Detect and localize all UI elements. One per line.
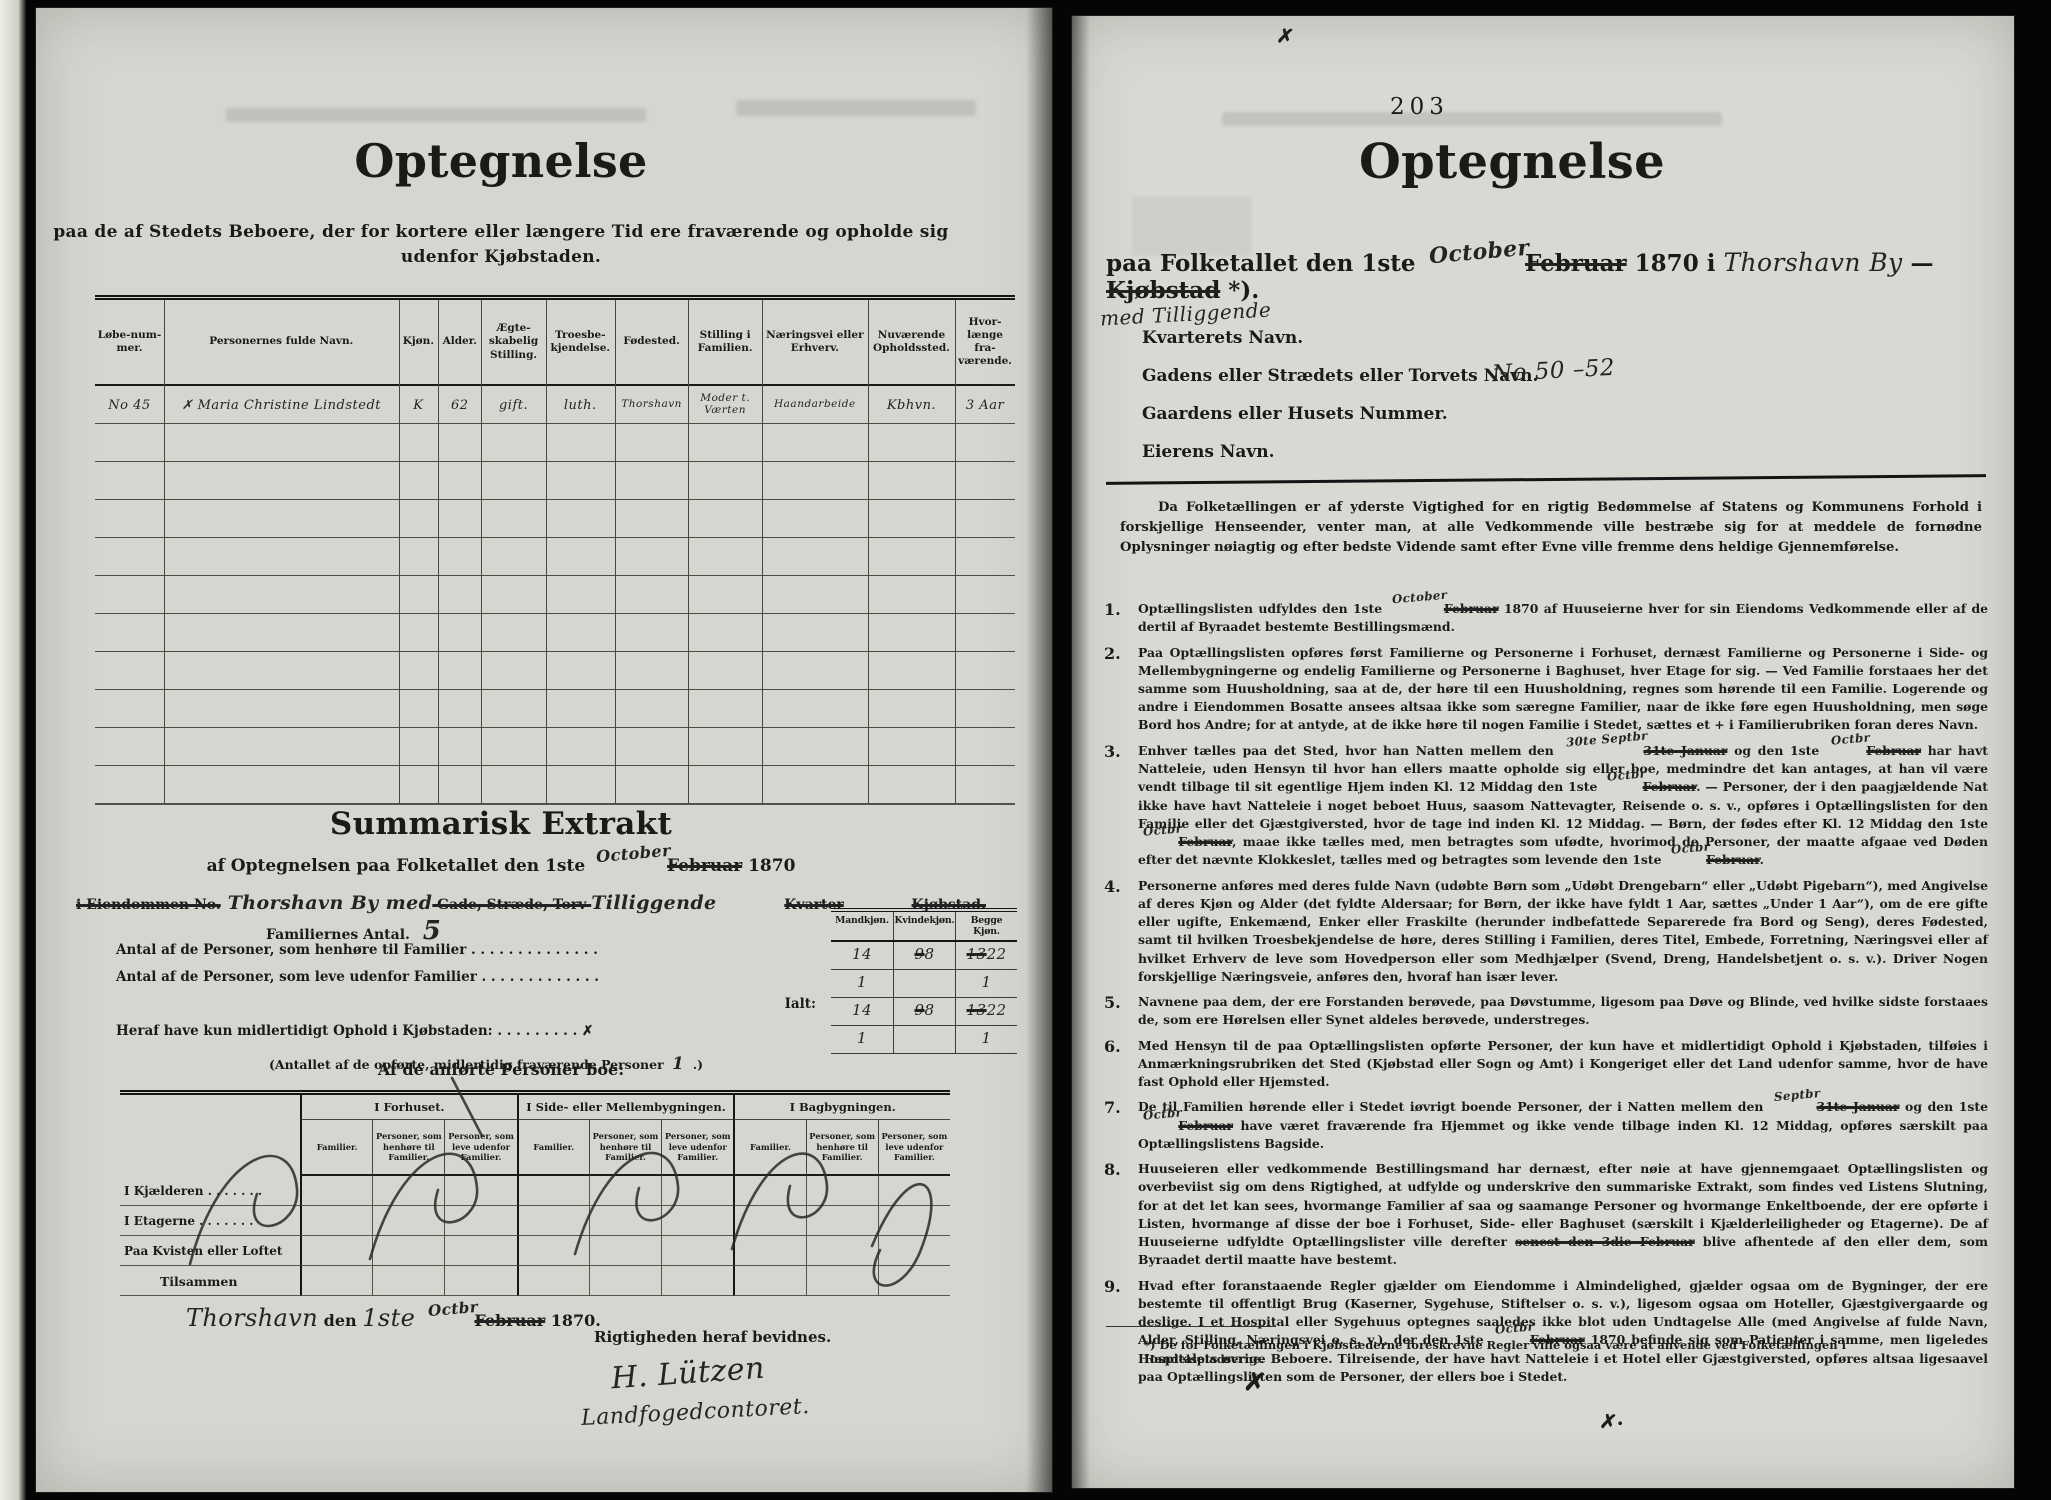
bleedthrough-smudge [736,100,976,116]
summary-value [893,1026,955,1053]
left-page-title: Optegnelse [36,134,966,188]
instructions-list: 1. Optællingslisten udfyldes den 1ste Oc… [1104,600,1988,1393]
struck-text: Kjøbstad [1106,277,1220,304]
column-divider [688,300,689,804]
item-text: Enhver tælles paa det Sted, hvor han Nat… [1138,742,1988,870]
item-text: Optællingslisten udfyldes den 1ste Octob… [1138,600,1988,637]
dwelling-cell [372,1266,444,1296]
handwritten-text: 1 [857,973,867,991]
item-number: 6. [1104,1037,1138,1092]
item-text: Paa Optællingslisten opføres først Famil… [1138,644,1988,735]
summary-row-outside-families: 1 1 [831,970,1017,998]
book-edge [0,0,26,1500]
dwelling-cell [372,1206,444,1236]
entry-number: No 45 [95,386,164,424]
printed-text: Med Hensyn til de paa Optællingslisten o… [1138,1038,1988,1089]
item-number: 5. [1104,993,1138,1029]
street-name-label: Gadens eller Strædets eller Torvets Navn… [1142,366,1538,386]
subtitle-line-2: udenfor Kjøbstaden. [36,245,966,270]
printed-text: Optællingslisten udfyldes den 1ste [1138,601,1387,616]
item-text: Med Hensyn til de paa Optællingslisten o… [1138,1037,1988,1092]
handwritten-text: 1ste [362,1304,423,1332]
printed-text: , maae ikke tælles med, men betragtes so… [1138,834,1988,867]
printed-text: og den 1ste [1899,1099,1988,1114]
item-number: 1. [1104,600,1138,637]
item-text: Huuseieren eller vedkommende Bestillings… [1138,1160,1988,1269]
entry-birthplace: Thorshavn [615,386,689,424]
pen-mark: ✗· [1598,1408,1625,1435]
footnote: *) De for Folketællingen i Kjøbstæderne … [1144,1338,1954,1366]
struck-text: i Eiendommen No. [76,897,221,913]
dwelling-cell [878,1176,950,1206]
col-header-birthplace: Fødested. [615,300,689,384]
entry-faith: luth. [546,386,615,424]
dwelling-cell [517,1206,589,1236]
dwelling-corner-cell [120,1095,300,1120]
handwritten-text: 8 [925,945,935,963]
struck-text: Februar [1643,779,1697,794]
dwelling-cell [444,1206,516,1236]
item-text: De til Familien hørende eller i Stedet i… [1138,1098,1988,1153]
sub-header-outside-families: Personer, som leve udenfor Familier. [444,1120,516,1176]
handwritten-text: 8 [925,1001,935,1019]
extract-subtitle: af Optegnelsen paa Folketallet den 1ste … [36,856,966,876]
dwelling-cell [733,1206,805,1236]
subtitle-line-1: paa de af Stedets Beboere, der for korte… [36,220,966,245]
summary-row-temporary: 1 1 [831,1026,1017,1054]
sub-header-in-families: Personer, som henhøre til Familier. [806,1120,878,1176]
extract-title: Summarisk Extrakt [36,806,966,842]
right-page-title: Optegnelse [1072,134,1952,190]
sub-header-in-families: Personer, som henhøre til Familier. [372,1120,444,1176]
table-row: No 45 ✗ Maria Christine Lindstedt K 62 g… [95,386,1015,424]
summary-value [893,970,955,997]
summary-grid-header: Mandkjøn. Kvindekjøn. Begge Kjøn. [831,908,1017,942]
struck-text: senest den 3die Februar [1515,1234,1694,1249]
left-page: Optegnelse paa de af Stedets Beboere, de… [36,8,1052,1492]
item-number: 4. [1104,877,1138,986]
dwelling-cell [806,1176,878,1206]
col-header-absence: Hvor-længe fra-værende. [955,300,1015,384]
dateline: Thorshavn den 1ste OctbrFebruar 1870. [186,1304,601,1332]
handwritten-text: 1 [857,1029,867,1047]
summary-label-total: Ialt: [676,996,816,1012]
summary-col-both: Begge Kjøn. [955,912,1017,940]
printed-text: Paa Optællingslisten opføres først Famil… [1138,645,1988,733]
summary-value: 14 [831,998,893,1025]
struck-text: Februar [1178,1118,1233,1133]
handwritten-text: 14 [852,1001,872,1019]
absentees-table: Løbe-num-mer. Personernes fulde Navn. Kj… [95,295,1015,805]
printed-text: — [1903,250,1934,277]
struck-text: 31te Januar [1816,1099,1899,1114]
instruction-item-9: 9. Hvad efter foranstaaende Regler gjæld… [1104,1277,1988,1386]
printed-text: have været fraværende fra Hjemmet og ikk… [1138,1118,1988,1151]
column-divider [615,300,616,804]
group-header-back-building: I Bagbygningen. [733,1095,950,1120]
dwelling-corner-cell [120,1120,300,1176]
column-divider [546,300,547,804]
item-number: 3. [1104,742,1138,870]
handwritten-text: October [595,841,671,866]
col-header-marital: Ægte-skabelig Stilling. [481,300,545,384]
group-header-front-house: I Forhuset. [300,1095,517,1120]
item-text: Navnene paa dem, der ere Forstanden berø… [1138,993,1988,1029]
dwelling-cell [806,1236,878,1266]
entry-name: ✗ Maria Christine Lindstedt [164,386,399,424]
instruction-item-7: 7. De til Familien hørende eller i Stede… [1104,1098,1988,1153]
item-number: 8. [1104,1160,1138,1269]
summary-value: 14 [831,942,893,969]
bleedthrough-smudge [1222,112,1722,126]
dwelling-cell [517,1236,589,1266]
summary-row-total: 14 98 1322 [831,998,1017,1026]
quarter-name-label: Kvarterets Navn. [1142,328,1303,348]
footnote-rule [1106,1326,1276,1327]
col-header-occupation: Næringsvei eller Erhverv. [762,300,868,384]
left-page-subtitle: paa de af Stedets Beboere, der for korte… [36,220,966,269]
handwritten-text: Thorshavn [186,1304,318,1332]
dwelling-cell [372,1176,444,1206]
dwelling-cell [589,1236,661,1266]
dwelling-cell [300,1206,372,1236]
census-heading: paa Folketallet den 1ste OctoberFebruar … [1106,248,2006,304]
col-header-age: Alder. [438,300,481,384]
summary-label-temporary: Heraf have kun midlertidigt Ophold i Kjø… [116,1023,593,1039]
handwritten-text: Thorshavn By [1723,248,1902,277]
col-header-faith: Troesbe-kjendelse. [546,300,615,384]
struck-text: Gade, Stræde, Torv [432,897,591,913]
families-count-label: Familiernes Antal. [266,927,410,943]
instruction-item-5: 5. Navnene paa dem, der ere Forstanden b… [1104,993,1988,1029]
summary-label-outside-families: Antal af de Personer, som leve udenfor F… [116,969,599,985]
owner-name-label: Eierens Navn. [1142,442,1275,462]
column-divider [762,300,763,804]
dwelling-cell [444,1236,516,1266]
dwelling-cell [878,1236,950,1266]
entry-marital: gift. [481,386,545,424]
dwelling-cell [589,1176,661,1206]
struck-text: 31te Januar [1643,743,1727,758]
instruction-item-3: 3. Enhver tælles paa det Sted, hvor han … [1104,742,1988,870]
dwelling-cell [444,1176,516,1206]
dwelling-cell [806,1266,878,1296]
row-label-attic: Paa Kvisten eller Loftet [120,1236,300,1266]
column-divider [438,300,439,804]
dwelling-cell [878,1266,950,1296]
handwritten-text: Tilliggende [591,892,716,914]
summary-value: 1322 [955,998,1017,1025]
summary-label-in-families: Antal af de Personer, som henhøre til Fa… [116,942,598,958]
handwritten-text: Octbr [1142,820,1183,841]
struck-text: 13 [967,1001,987,1019]
printed-text: Personerne anføres med deres fulde Navn … [1138,878,1988,984]
handwritten-street-number: No 50 –52 [1491,355,1615,387]
handwritten-text: Octbr [1142,1104,1183,1125]
heading-rule [1106,474,1986,485]
item-number: 9. [1104,1277,1138,1386]
summary-grid: Mandkjøn. Kvindekjøn. Begge Kjøn. 14 98 … [831,908,1017,1054]
printed-text: 1870 i [1627,250,1724,277]
page-number: 203 [1390,94,1449,120]
handwritten-text: October [1428,235,1530,270]
dwelling-cell [878,1206,950,1236]
summary-value: 1 [831,970,893,997]
pen-mark: ✗ [1275,23,1295,49]
struck-text: Februar [1706,852,1760,867]
entry-occupation: Haandarbeide [762,386,868,424]
bleedthrough-smudge [226,108,646,122]
dwelling-cell [661,1206,733,1236]
dwelling-cell [733,1176,805,1206]
bleedthrough-smudge [1132,196,1252,256]
property-description: i Eiendommen No. Thorshavn By med Gade, … [76,892,717,914]
dwelling-cell [517,1176,589,1206]
printed-text: 1870 [742,856,795,876]
printed-text: 1870. [545,1311,601,1330]
instruction-item-1: 1. Optællingslisten udfyldes den 1ste Oc… [1104,600,1988,637]
group-header-side-building: I Side- eller Mellembygningen. [517,1095,734,1120]
struck-text: Februar [1444,601,1499,616]
dwelling-cell [661,1266,733,1296]
right-page: 203 ✗ Optegnelse paa Folketallet den 1st… [1072,16,2014,1488]
handwritten-text: 1 [982,973,992,991]
summary-value: 1 [955,970,1017,997]
entry-sex: K [399,386,439,424]
col-header-number: Løbe-num-mer. [95,300,164,384]
dwelling-cell [300,1266,372,1296]
instruction-item-2: 2. Paa Optællingslisten opføres først Fa… [1104,644,1988,735]
printed-text: Navnene paa dem, der ere Forstanden berø… [1138,994,1988,1027]
summary-value: 1322 [955,942,1017,969]
handwritten-text: 22 [987,1001,1007,1019]
col-header-name: Personernes fulde Navn. [164,300,399,384]
printed-text: . [1760,852,1764,867]
sub-header-outside-families: Personer, som leve udenfor Familier. [661,1120,733,1176]
col-header-sex: Kjøn. [399,300,439,384]
handwritten-text: 22 [987,945,1007,963]
column-divider [481,300,482,804]
dwelling-cell [589,1206,661,1236]
dwelling-cell [661,1176,733,1206]
dwelling-cell [589,1266,661,1296]
dwelling-cell [372,1236,444,1266]
sub-header-outside-families: Personer, som leve udenfor Familier. [878,1120,950,1176]
summary-value: 98 [893,998,955,1025]
column-divider [164,300,165,804]
handwritten-text: Octbr [1607,766,1648,787]
signature-title: Landfogedcontoret. [581,1394,811,1431]
summary-value: 1 [831,1026,893,1053]
handwritten-text: October [1392,587,1449,609]
summary-col-female: Kvindekjøn. [893,912,955,940]
handwritten-text: med [386,892,433,914]
struck-text: 13 [967,945,987,963]
struck-text: 9 [915,945,925,963]
instruction-item-6: 6. Med Hensyn til de paa Optællingsliste… [1104,1037,1988,1092]
summary-value: 1 [955,1026,1017,1053]
column-divider [868,300,869,804]
column-divider [955,300,956,804]
instruction-item-8: 8. Huuseieren eller vedkommende Bestilli… [1104,1160,1988,1269]
dwelling-table: I Forhuset. I Side- eller Mellembygninge… [120,1090,950,1296]
item-number: 2. [1104,644,1138,735]
instruction-item-4: 4. Personerne anføres med deres fulde Na… [1104,877,1988,986]
entry-residence: Kbhvn. [868,386,955,424]
sub-header-families: Familier. [517,1120,589,1176]
struck-text: Februar [667,856,742,876]
dwelling-cell [517,1266,589,1296]
dwelling-cell [733,1236,805,1266]
struck-text: Februar [474,1311,545,1330]
house-number-label: Gaardens eller Husets Nummer. [1142,404,1448,424]
handwritten-text: Octbr [428,1298,480,1320]
printed-text: af Optegnelsen paa Folketallet den 1ste [207,856,592,876]
handwritten-text: 14 [852,945,872,963]
summary-row-in-families: 14 98 1322 [831,942,1017,970]
signature: H. Lützen [610,1351,766,1397]
printed-text: paa Folketallet den 1ste [1106,250,1424,277]
dwelling-table-title: Af de anførte Personer boe: [36,1060,966,1079]
entry-age: 62 [438,386,481,424]
dwelling-cell [300,1236,372,1266]
sub-header-in-families: Personer, som henhøre til Familier. [589,1120,661,1176]
dwelling-cell [806,1206,878,1236]
printed-text: De til Familien hørende eller i Stedet i… [1138,1099,1769,1114]
entry-family-position: Moder t. Værten [688,386,762,424]
printed-text: og den 1ste [1727,743,1826,758]
col-header-family-position: Stilling i Familien. [688,300,762,384]
printed-text: den [318,1311,362,1330]
handwritten-text: Thorshavn By [221,892,386,914]
row-label-basement: I Kjælderen . . . . . . . [120,1176,300,1206]
sub-header-families: Familier. [733,1120,805,1176]
pen-mark: ✗ [1242,1367,1268,1400]
attestation-text: Rigtigheden heraf bevidnes. [594,1328,831,1346]
absentees-table-header: Løbe-num-mer. Personernes fulde Navn. Kj… [95,300,1015,386]
dwelling-cell [661,1236,733,1266]
dwelling-cell [733,1266,805,1296]
summary-value: 98 [893,942,955,969]
struck-text: Februar [1525,250,1627,277]
row-label-floors: I Etagerne . . . . . . . [120,1206,300,1236]
handwritten-text: Octbr [1494,1319,1535,1340]
absentees-table-body: No 45 ✗ Maria Christine Lindstedt K 62 g… [95,386,1015,804]
handwritten-text: Octbr [1670,839,1711,860]
scanned-census-document: Optegnelse paa de af Stedets Beboere, de… [0,0,2051,1500]
summary-col-male: Mandkjøn. [831,912,893,940]
dwelling-cell [444,1266,516,1296]
col-header-residence: Nuværende Opholdssted. [868,300,955,384]
handwritten-text: 1 [982,1029,992,1047]
printed-text: Enhver tælles paa det Sted, hvor han Nat… [1138,743,1561,758]
item-text: Personerne anføres med deres fulde Navn … [1138,877,1988,986]
dwelling-cell [300,1176,372,1206]
handwritten-text: Septbr [1773,1085,1821,1106]
handwritten-text: Octbr [1830,729,1871,750]
struck-text: Februar [1866,743,1921,758]
struck-text: 9 [915,1001,925,1019]
item-number: 7. [1104,1098,1138,1153]
entry-absence-duration: 3 Aar [955,386,1015,424]
intro-paragraph: Da Folketællingen er af yderste Vigtighe… [1120,498,1982,557]
sub-header-families: Familier. [300,1120,372,1176]
column-divider [399,300,400,804]
struck-text: Februar [1178,834,1232,849]
row-label-total: Tilsammen [120,1266,300,1296]
